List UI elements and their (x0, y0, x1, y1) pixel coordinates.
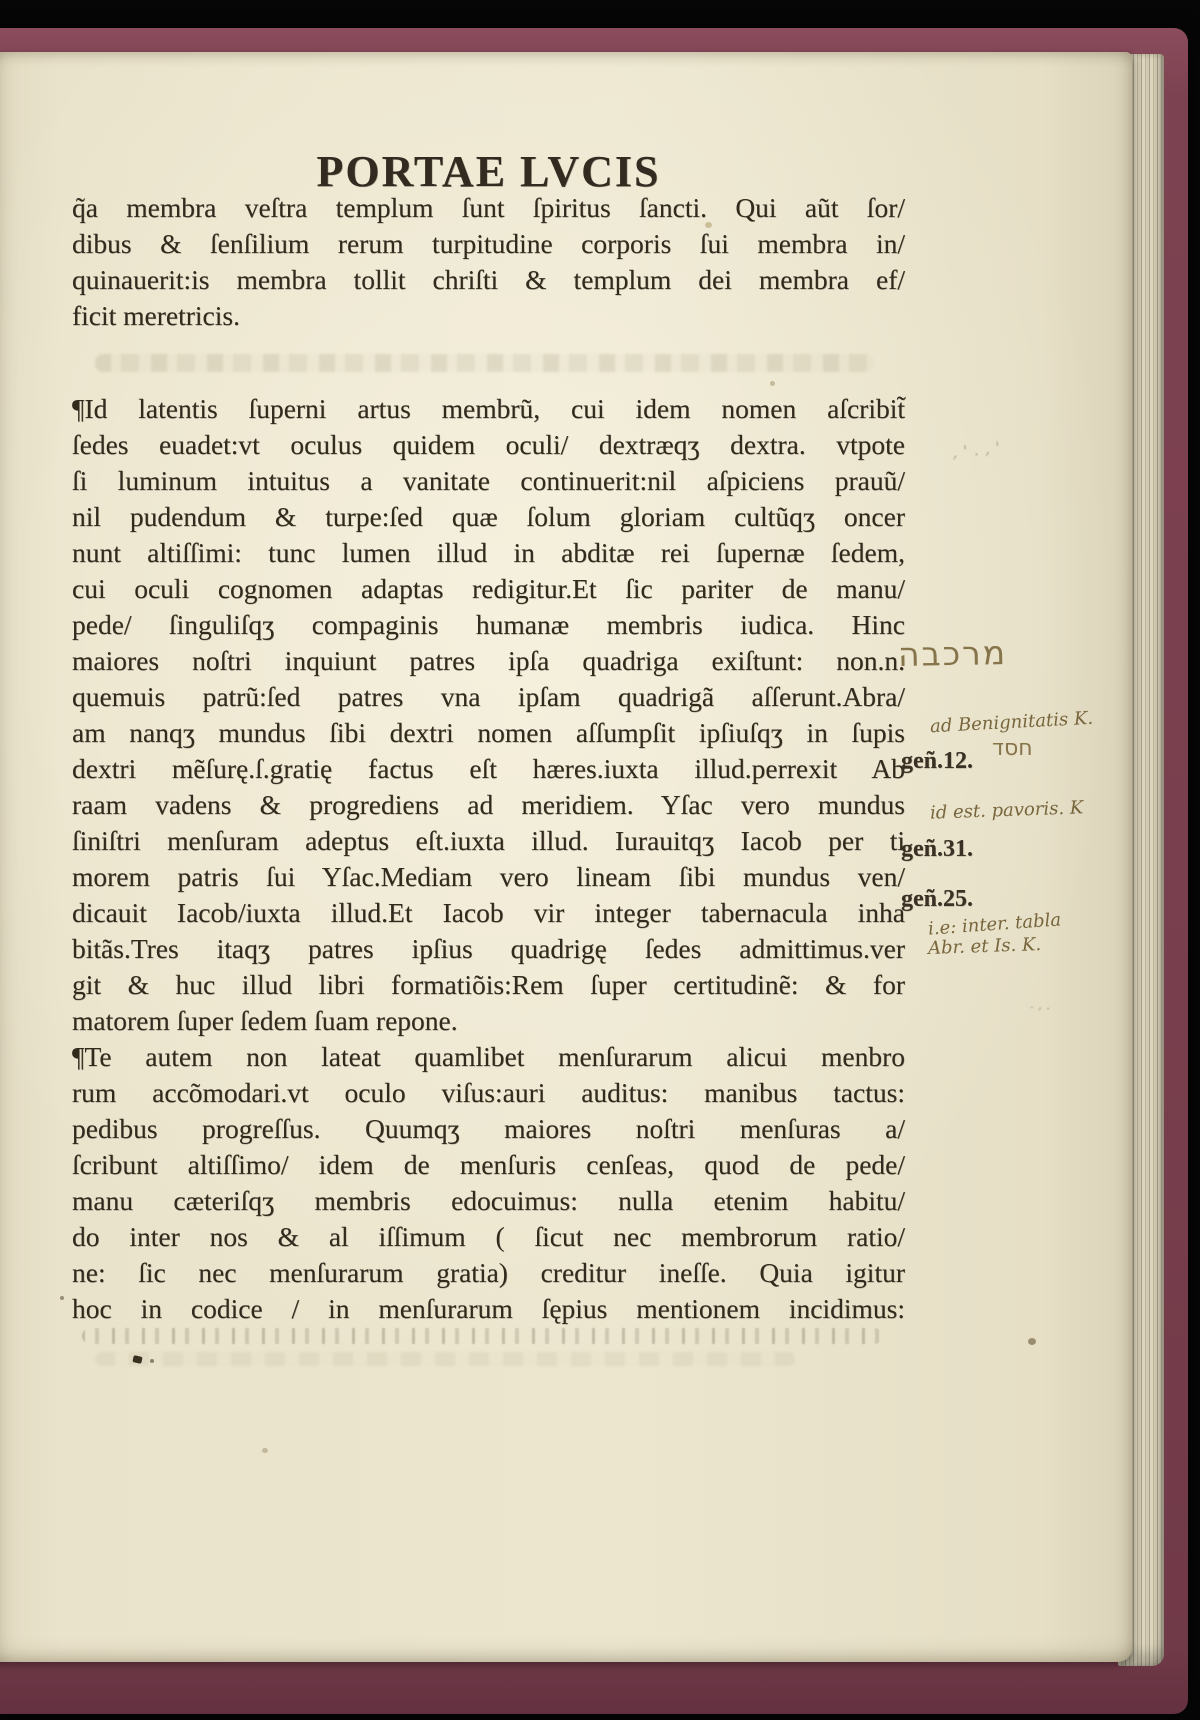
text-line: dextri mẽſurę.ſ.gratię factus eſt hæres.… (72, 751, 905, 787)
text-line: quemuis patrũ:ſed patres vna ipſam quadr… (72, 679, 905, 715)
paragraph: q̃a membra veſtra templum ſunt ſpiritus … (72, 190, 905, 334)
text-line: morem patris ſui Yſac.Mediam vero lineam… (72, 859, 905, 895)
text-line: ¶Te autem non lateat quamlibet menſuraru… (72, 1039, 905, 1075)
text-line: nil pudendum & turpe:ſed quæ ſolum glori… (72, 499, 905, 535)
text-line: nunt altiſſimi: tunc lumen illud in abdi… (72, 535, 905, 571)
marginalia-ref-gen31: geñ.31. (901, 836, 973, 863)
text-line: ſedes euadet:vt oculus quidem oculi/ dex… (72, 427, 905, 463)
paragraph: ¶Id latentis ſuperni artus membrũ, cui i… (72, 391, 905, 1039)
text-line: pedibus progreſſus. Quumqʒ maiores noſtr… (72, 1111, 905, 1147)
text-line: ¶Id latentis ſuperni artus membrũ, cui i… (72, 391, 905, 427)
text-line: am nanqʒ mundus ſibi dextri nomen aſſump… (72, 715, 905, 751)
marginalia-hebrew-merkabah: מרכבה (898, 633, 1008, 674)
marginalia-ref-gen25: geñ.25. (901, 886, 973, 913)
marginalia-hebrew-chesed: חסד (992, 736, 1033, 761)
text-line: matorem ſuper ſedem ſuam repone. (72, 1003, 905, 1039)
marginalia-note-abr-et-is: Abr. et Is. K. (928, 934, 1042, 959)
marginalia-ref-gen12: geñ.12. (901, 748, 973, 775)
text-line: ficit meretricis. (72, 298, 905, 334)
text-line: pede/ ſinguliſqʒ compaginis humanæ membr… (72, 607, 905, 643)
text-line: ſiniſtri menſuram adeptus eſt.iuxta illu… (72, 823, 905, 859)
text-line: quinauerit:is membra tollit chriſti & te… (72, 262, 905, 298)
text-line: dicauit Iacob/iuxta illud.Et Iacob vir i… (72, 895, 905, 931)
text-line: git & huc illud libri formatiõis:Rem ſup… (72, 967, 905, 1003)
text-line: cui oculi cognomen adaptas redigitur.Et … (72, 571, 905, 607)
text-line: q̃a membra veſtra templum ſunt ſpiritus … (72, 190, 905, 226)
text-line: manu cæteriſqʒ membris edocuimus: nulla … (72, 1183, 905, 1219)
text-line: dibus & ſenſilium rerum turpitudine corp… (72, 226, 905, 262)
book-photograph: PORTAE LVCIS q̃a membra veſtra templum ſ… (0, 0, 1200, 1720)
text-block: q̃a membra veſtra templum ſunt ſpiritus … (72, 190, 905, 1327)
text-line: rum accõmodari.vt oculo viſus:auri audit… (72, 1075, 905, 1111)
text-line: maiores noſtri inquiunt patres ipſa quad… (72, 643, 905, 679)
text-line: raam vadens & progrediens ad meridiem. Y… (72, 787, 905, 823)
text-line: ne: ſic nec menſurarum gratia) creditur … (72, 1255, 905, 1291)
paragraph: ¶Te autem non lateat quamlibet menſuraru… (72, 1039, 905, 1327)
text-line: bitãs.Tres itaqʒ patres ipſius quadrigę … (72, 931, 905, 967)
text-line: ſcribunt altiſſimo/ idem de menſuris cen… (72, 1147, 905, 1183)
text-line: ſi luminum intuitus a vanitate continuer… (72, 463, 905, 499)
text-line: hoc in codice / in menſurarum ſępius men… (72, 1291, 905, 1327)
text-line: do inter nos & al iſſimum ( ſicut nec me… (72, 1219, 905, 1255)
